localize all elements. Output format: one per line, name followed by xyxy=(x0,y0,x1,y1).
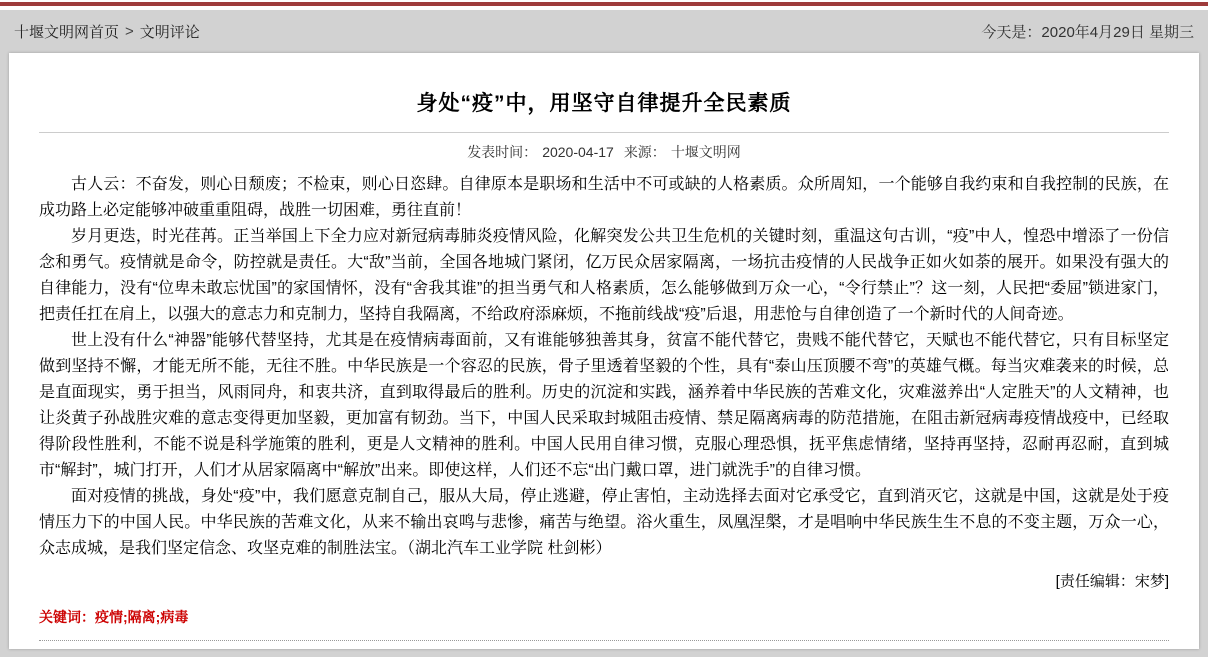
publish-time-label: 发表时间： xyxy=(467,144,537,160)
title-divider xyxy=(39,132,1169,133)
page-root: 十堰文明网首页 > 文明评论 今天是：2020年4月29日 星期三 身处“疫”中… xyxy=(0,0,1208,657)
article-title: 身处“疫”中，用坚守自律提升全民素质 xyxy=(39,87,1169,117)
breadcrumb: 十堰文明网首页 > 文明评论 xyxy=(14,21,200,42)
article-paragraph-1: 古人云：不奋发，则心日颓废；不检束，则心日恣肆。自律原本是职场和生活中不可或缺的… xyxy=(39,172,1169,224)
keyword-links[interactable]: 疫情;隔离;病毒 xyxy=(95,609,188,625)
article-paragraph-2: 岁月更迭，时光荏苒。正当举国上下全力应对新冠病毒肺炎疫情风险，化解突发公共卫生危… xyxy=(39,224,1169,328)
article-body: 古人云：不奋发，则心日颓废；不检束，则心日恣肆。自律原本是职场和生活中不可或缺的… xyxy=(39,172,1169,562)
article-panel: 身处“疫”中，用坚守自律提升全民素质 发表时间：2020-04-17来源：十堰文… xyxy=(9,53,1199,649)
keywords-label: 关键词： xyxy=(39,609,95,625)
article-paragraph-4: 面对疫情的挑战，身处“疫”中，我们愿意克制自己，服从大局，停止逃避，停止害怕，主… xyxy=(39,484,1169,562)
article-paragraph-3: 世上没有什么“神器”能够代替坚持，尤其是在疫情病毒面前，又有谁能够独善其身，贫富… xyxy=(39,328,1169,484)
top-accent-bar xyxy=(0,2,1208,6)
breadcrumb-bar: 十堰文明网首页 > 文明评论 今天是：2020年4月29日 星期三 xyxy=(0,10,1208,53)
article-meta: 发表时间：2020-04-17来源：十堰文明网 xyxy=(39,142,1169,162)
editor-note: [责任编辑：宋梦] xyxy=(39,570,1169,591)
source-label: 来源： xyxy=(624,144,666,160)
keywords-row: 关键词：疫情;隔离;病毒 xyxy=(39,607,1169,627)
top-strip xyxy=(0,0,1208,10)
publish-date: 2020-04-17 xyxy=(542,144,614,160)
today-date-label: 今天是：2020年4月29日 星期三 xyxy=(981,21,1194,42)
source-name: 十堰文明网 xyxy=(671,144,741,160)
bottom-dotted-divider xyxy=(39,640,1169,641)
breadcrumb-home-link[interactable]: 十堰文明网首页 xyxy=(14,21,119,42)
breadcrumb-separator: > xyxy=(125,23,134,40)
breadcrumb-current-link[interactable]: 文明评论 xyxy=(140,21,200,42)
